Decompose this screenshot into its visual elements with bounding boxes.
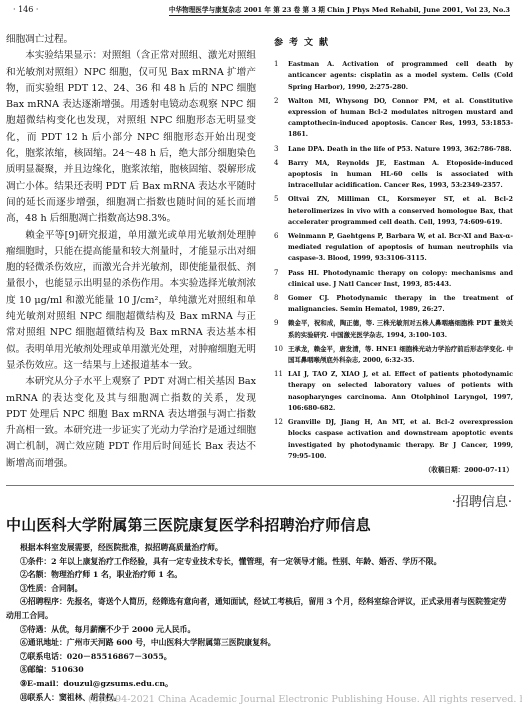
reference-text: Granville DJ, Jiang H, An MT, et al. Bcl… <box>288 418 513 460</box>
reference-number: 9 <box>274 318 278 329</box>
paragraph: 本实验结果显示：对照组（含正常对照组、激光对照组和光敏剂对照组）NPC 细胞，仅… <box>6 48 256 227</box>
article-body-left-column: 细胞凋亡过程。 本实验结果显示：对照组（含正常对照组、激光对照组和光敏剂对照组）… <box>6 32 256 472</box>
reference-item: 8Gomer CJ. Photodynamic therapy in the t… <box>270 293 513 315</box>
reference-number: 3 <box>274 144 278 155</box>
reference-text: Walton MI, Whysong DO, Connor PM, et al.… <box>288 97 513 139</box>
reference-item: 11LAI J, TAO Z, XIAO J, et al. Effect of… <box>270 369 513 414</box>
recruitment-item: ④招聘程序：先报名，寄送个人简历，经筛选有意向者，通知面试，经试工考核后，留用 … <box>6 595 514 622</box>
paragraph: 本研究从分子水平上观察了 PDT 对凋亡相关基因 Bax mRNA 的表达变化及… <box>6 374 256 472</box>
copyright-watermark: (C)1994-2021 China Academic Journal Elec… <box>88 694 522 705</box>
recruitment-item: ①条件：2 年以上康复治疗工作经验，具有一定专业技术专长，懂管理，有一定领导才能… <box>6 555 514 569</box>
reference-text: Weinmann P, Gaehtgens P, Barbara W, et a… <box>288 232 513 262</box>
reference-item: 2Walton MI, Whysong DO, Connor PM, et al… <box>270 96 513 141</box>
received-date: （收稿日期：2000-07-11） <box>270 465 513 476</box>
reference-item: 7Pass HI. Photodynamic therapy on colopy… <box>270 268 513 290</box>
reference-number: 4 <box>274 158 278 169</box>
reference-number: 7 <box>274 268 278 279</box>
section-divider <box>6 485 514 486</box>
recruitment-item: ⑨E-mail：douzul@gzsums.edu.cn。 <box>6 677 514 691</box>
reference-number: 12 <box>274 417 283 428</box>
reference-text: 赖金平，祝和成，陶正德，等. 三株光敏剂对五株人鼻咽癌细胞株 PDT 量效关系的… <box>288 319 513 338</box>
reference-number: 10 <box>274 344 283 355</box>
reference-item: 3Lane DPA. Death in the life of P53. Nat… <box>270 144 513 155</box>
recruitment-intro: 根据本科室发展需要，经医院批准，拟招聘高质量治疗师。 <box>6 541 514 555</box>
reference-text: LAI J, TAO Z, XIAO J, et al. Effect of p… <box>288 370 513 412</box>
reference-number: 5 <box>274 194 278 205</box>
recruitment-item: ⑤待遇：从优，每月薪酬不少于 2000 元人民币。 <box>6 623 514 637</box>
reference-item: 12Granville DJ, Jiang H, An MT, et al. B… <box>270 417 513 462</box>
reference-item: 9赖金平，祝和成，陶正德，等. 三株光敏剂对五株人鼻咽癌细胞株 PDT 量效关系… <box>270 318 513 340</box>
journal-citation: 中华物理医学与康复杂志 2001 年 第 23 卷 第 3 期 Chin J P… <box>169 6 510 16</box>
reference-text: 王承龙，赖金平，唐发清，等. HNE1 细胞株光动力学治疗前后形态学变化. 中国… <box>288 345 513 364</box>
references-heading: 参考文献 <box>274 38 513 49</box>
page-header: · 146 · 中华物理医学与康复杂志 2001 年 第 23 卷 第 3 期 … <box>0 0 522 20</box>
recruitment-item: ⑧邮编：510630 <box>6 663 514 677</box>
reference-item: 5Oltvai ZN, Milliman CL, Korsmeyer ST, e… <box>270 194 513 228</box>
reference-text: Gomer CJ. Photodynamic therapy in the tr… <box>288 294 513 313</box>
recruitment-title: 中山医科大学附属第三医院康复医学科招聘治疗师信息 <box>6 514 371 535</box>
recruitment-item: ⑦联系电话：020－85516867－3055。 <box>6 650 514 664</box>
references-section: 参考文献 1Eastman A. Activation of programme… <box>270 38 513 476</box>
reference-number: 1 <box>274 59 278 70</box>
reference-item: 10王承龙，赖金平，唐发清，等. HNE1 细胞株光动力学治疗前后形态学变化. … <box>270 344 513 366</box>
recruitment-item: ②名额：物理治疗师 1 名，职业治疗师 1 名。 <box>6 568 514 582</box>
reference-text: Pass HI. Photodynamic therapy on colopy:… <box>288 269 513 288</box>
recruitment-item: ⑥通讯地址：广州市天河路 600 号，中山医科大学附属第三医院康复科。 <box>6 636 514 650</box>
paragraph: 细胞凋亡过程。 <box>6 32 256 48</box>
reference-item: 6Weinmann P, Gaehtgens P, Barbara W, et … <box>270 231 513 265</box>
reference-text: Oltvai ZN, Milliman CL, Korsmeyer ST, et… <box>288 195 513 225</box>
reference-number: 2 <box>274 96 278 107</box>
reference-number: 8 <box>274 293 278 304</box>
reference-item: 4Barry MA, Reynolds JE, Eastman A. Etopo… <box>270 158 513 192</box>
paragraph: 赖金平等[9]研究报道，单用激光或单用光敏剂处理肿瘤细胞时，只能在提高能量和较大… <box>6 228 256 375</box>
recruitment-body: 根据本科室发展需要，经医院批准，拟招聘高质量治疗师。 ①条件：2 年以上康复治疗… <box>6 541 514 704</box>
recruitment-item: ③性质：合同制。 <box>6 582 514 596</box>
reference-item: 1Eastman A. Activation of programmed cel… <box>270 59 513 93</box>
reference-text: Barry MA, Reynolds JE, Eastman A. Etopos… <box>288 159 513 189</box>
reference-number: 11 <box>274 369 283 380</box>
reference-text: Lane DPA. Death in the life of P53. Natu… <box>288 145 512 153</box>
reference-number: 6 <box>274 231 278 242</box>
section-tag: ·招聘信息· <box>452 491 512 510</box>
page-number: · 146 · <box>13 0 38 20</box>
reference-text: Eastman A. Activation of programmed cell… <box>288 60 513 90</box>
